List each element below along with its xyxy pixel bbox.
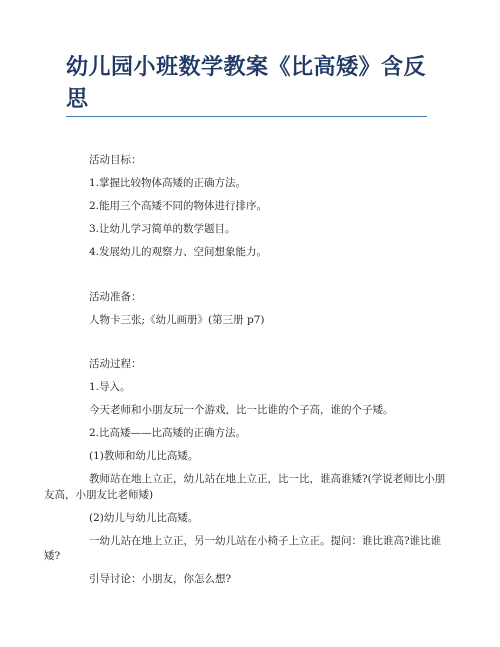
document-page: 幼儿园小班数学教案《比高矮》含反思 活动目标： 1.掌握比较物体高矮的正确方法。… <box>0 0 500 647</box>
process-intro-detail: 今天老师和小朋友玩一个游戏，比一比谁的个子高，谁的个子矮。 <box>44 403 455 419</box>
section-heading-goals: 活动目标： <box>44 153 455 169</box>
goal-item-1: 1.掌握比较物体高矮的正确方法。 <box>44 176 455 192</box>
process-child-child-detail: 一幼儿站在地上立正，另一幼儿站在小椅子上立正。提问：谁比谁高?谁比谁矮? <box>44 534 455 565</box>
section-heading-process: 活动过程： <box>44 357 455 373</box>
goal-item-3: 3.让幼儿学习简单的数学题目。 <box>44 222 455 238</box>
goal-item-2: 2.能用三个高矮不同的物体进行排序。 <box>44 199 455 215</box>
goal-item-4: 4.发展幼儿的观察力、空间想象能力。 <box>44 245 455 261</box>
process-substep-child-child: (2)幼儿与幼儿比高矮。 <box>44 511 455 527</box>
process-teacher-child-detail: 教师站在地上立正，幼儿站在地上立正，比一比，谁高谁矮?(学说老师比小朋友高，小朋… <box>44 472 455 503</box>
section-heading-preparation: 活动准备： <box>44 290 455 306</box>
preparation-item: 人物卡三张;《幼儿画册》(第三册 p7) <box>44 313 455 329</box>
article-title: 幼儿园小班数学教案《比高矮》含反思 <box>66 51 427 117</box>
process-step-intro: 1.导入。 <box>44 380 455 396</box>
process-substep-teacher-child: (1)教师和幼儿比高矮。 <box>44 449 455 465</box>
process-discussion-prompt: 引导讨论：小朋友，你怎么想? <box>44 572 455 588</box>
article-body: 活动目标： 1.掌握比较物体高矮的正确方法。 2.能用三个高矮不同的物体进行排序… <box>44 153 455 588</box>
process-step-compare: 2.比高矮——比高矮的正确方法。 <box>44 426 455 442</box>
